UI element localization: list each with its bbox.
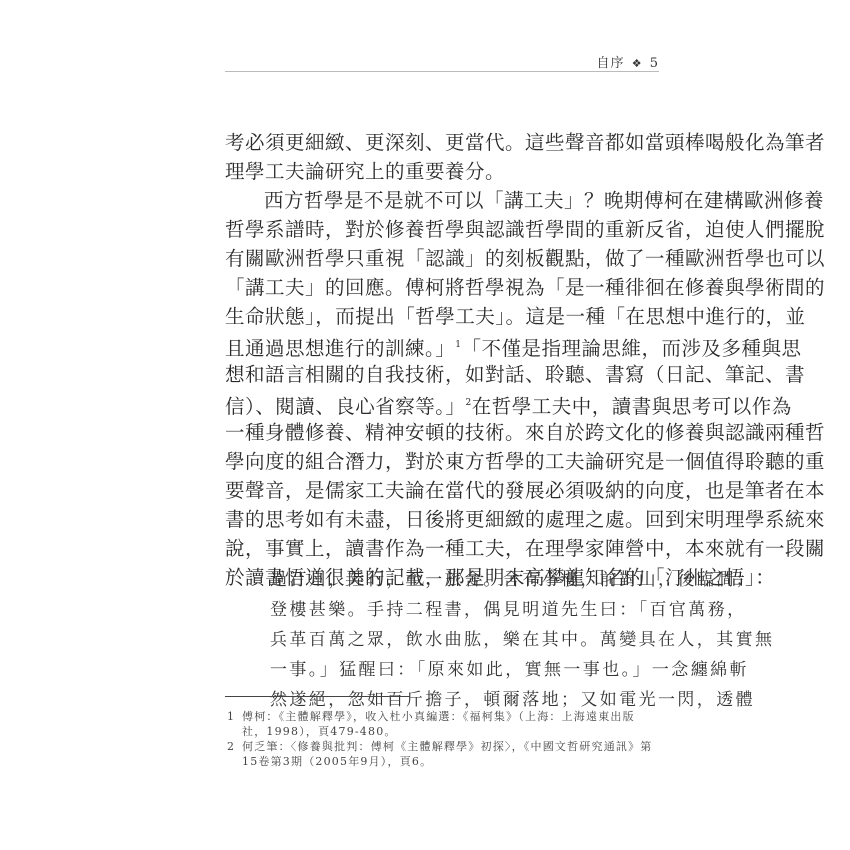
footnotes: 1 傅柯：《主體解釋學》，收入杜小真編選：《福柯集》（上海：上海遠東出版 社，1… (225, 709, 659, 769)
footnote-line: 15卷第3期（2005年9月），頁6。 (225, 754, 659, 769)
block-quote: 過汀州，陸行，至一旅舍。舍有小樓，前對山，後臨澗； 登樓甚樂。手持二程書，偶見明… (270, 565, 660, 715)
header-rule (225, 71, 659, 72)
body-line: 考必須更細緻、更深刻、更當代。這些聲音都如當頭棒喝般化為筆者 (225, 128, 659, 157)
footnote-line: 傅柯：《主體解釋學》，收入杜小真編選：《福柯集》（上海：上海遠東出版 (225, 709, 659, 724)
ornament-icon: ❖ (632, 57, 643, 70)
running-header: 自序 ❖ 5 (225, 52, 659, 70)
body-line: 要聲音，是儒家工夫論在當代的發展必須吸納的向度，也是筆者在本 (225, 476, 659, 505)
body-line: 一種身體修養、精神安頓的技術。來自於跨文化的修養與認識兩種哲 (225, 418, 659, 447)
body-line: 生命狀態」，而提出「哲學工夫」。這是一種「在思想中進行的，並 (225, 302, 659, 331)
body-line: 「講工夫」的回應。傅柯將哲學視為「是一種徘徊在修養與學術間的 (225, 273, 659, 302)
footnote-2: 2 何乏筆：〈修養與批判：傅柯《主體解釋學》初探〉，《中國文哲研究通訊》第 15… (225, 739, 659, 769)
footnote-rule (225, 696, 410, 697)
quote-line: 過汀州，陸行，至一旅舍。舍有小樓，前對山，後臨澗； (270, 565, 660, 595)
footnote-1: 1 傅柯：《主體解釋學》，收入杜小真編選：《福柯集》（上海：上海遠東出版 社，1… (225, 709, 659, 739)
body-line: 哲學系譜時，對於修養哲學與認識哲學間的重新反省，迫使人們擺脫 (225, 215, 659, 244)
page-number: 5 (650, 56, 659, 71)
footnote-number: 1 (227, 709, 235, 724)
body-line: 說，事實上，讀書作為一種工夫，在理學家陣營中，本來就有一段關 (225, 534, 659, 563)
body-line-text: 「不僅是指理論思維，而涉及多種與思 (462, 337, 802, 360)
body-line: 理學工夫論研究上的重要養分。 (225, 157, 659, 186)
body-line-text: 在哲學工夫中，讀書與思考可以作為 (472, 395, 792, 418)
body-line: 且通過思想進行的訓練。」1「不僅是指理論思維，而涉及多種與思 (225, 331, 659, 360)
body-line: 想和語言相關的自我技術，如對話、聆聽、書寫（日記、筆記、書 (225, 360, 659, 389)
body-line: 學向度的組合潛力，對於東方哲學的工夫論研究是一個值得聆聽的重 (225, 447, 659, 476)
body-line-text: 且通過思想進行的訓練。」 (225, 337, 455, 360)
paragraph-start-line: 西方哲學是不是就不可以「講工夫」？晚期傅柯在建構歐洲修養 (225, 186, 659, 215)
quote-line: 登樓甚樂。手持二程書，偶見明道先生曰：「百官萬務， (270, 595, 660, 625)
body-line: 信）、閱讀、良心省察等。」2在哲學工夫中，讀書與思考可以作為 (225, 389, 659, 418)
section-title: 自序 (597, 56, 625, 71)
book-page: 自序 ❖ 5 考必須更細緻、更深刻、更當代。這些聲音都如當頭棒喝般化為筆者 理學… (0, 0, 850, 850)
body-line: 書的思考如有未盡，日後將更細緻的處理之處。回到宋明理學系統來 (225, 505, 659, 534)
body-text: 考必須更細緻、更深刻、更當代。這些聲音都如當頭棒喝般化為筆者 理學工夫論研究上的… (225, 128, 659, 592)
body-line: 有關歐洲哲學只重視「認識」的刻板觀點，做了一種歐洲哲學也可以 (225, 244, 659, 273)
footnote-line: 社，1998），頁479-480。 (225, 724, 659, 739)
footnote-line: 何乏筆：〈修養與批判：傅柯《主體解釋學》初探〉，《中國文哲研究通訊》第 (225, 739, 659, 754)
quote-line: 一事。」猛醒曰：「原來如此，實無一事也。」一念纏綿斬 (270, 655, 660, 685)
body-line-text: 信）、閱讀、良心省察等。」 (225, 395, 466, 418)
footnote-number: 2 (227, 739, 235, 754)
quote-line: 兵革百萬之眾，飲水曲肱，樂在其中。萬變具在人，其實無 (270, 625, 660, 655)
